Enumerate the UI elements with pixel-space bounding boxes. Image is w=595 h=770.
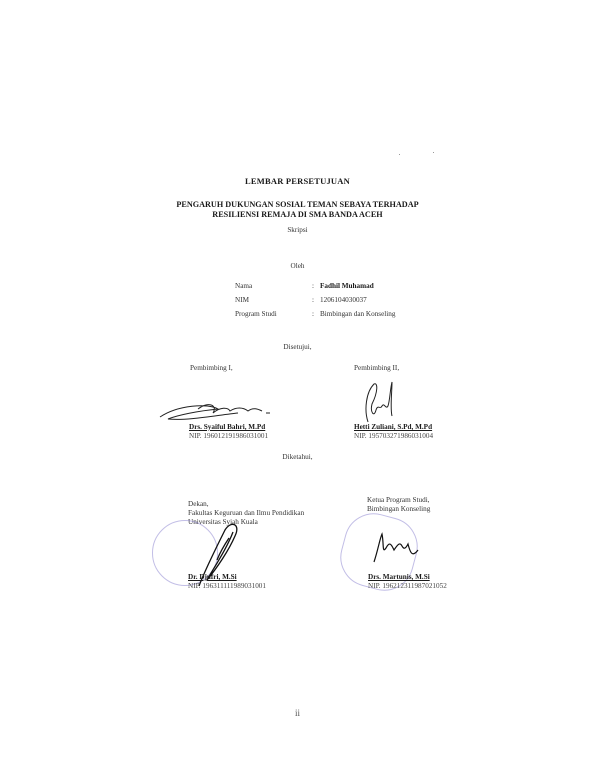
thesis-title: PENGARUH DUKUNGAN SOSIAL TEMAN SEBAYA TE…	[0, 200, 595, 220]
supervisor-2-nip: NIP. 195703271986031004	[354, 432, 433, 440]
official-2-nip: NIP. 196212311987021052	[368, 582, 447, 590]
by-label: Oleh	[0, 262, 595, 270]
official-1-nip: NIP. 196311111989031001	[188, 582, 266, 590]
field-value: Bimbingan dan Konseling	[320, 310, 395, 318]
role-line: Fakultas Keguruan dan Ilmu Pendidikan	[188, 509, 304, 518]
field-value: Fadhil Muhamad	[320, 282, 374, 290]
acknowledged-label: Diketahui,	[0, 453, 595, 461]
field-label: NIM	[235, 296, 315, 304]
page-number: ii	[0, 708, 595, 718]
field-label: Program Studi	[235, 310, 315, 318]
field-label: Nama	[235, 282, 315, 290]
scan-speck	[399, 154, 400, 155]
official-2-name: Drs. Martunis, M.Si	[368, 573, 430, 581]
official-1-name: Dr. Djufri, M.Si	[188, 573, 237, 581]
supervisor-2-role: Pembimbing II,	[354, 364, 399, 373]
thesis-title-line-2: RESILIENSI REMAJA DI SMA BANDA ACEH	[0, 210, 595, 220]
signature-icon	[158, 395, 288, 425]
signature-icon	[360, 380, 400, 425]
field-separator: :	[312, 310, 314, 318]
supervisor-1-role: Pembimbing I,	[190, 364, 233, 373]
scan-speck	[433, 152, 434, 153]
document-type: Skripsi	[0, 226, 595, 234]
field-value: 1206104030037	[320, 296, 367, 304]
approved-label: Disetujui,	[0, 343, 595, 351]
role-line: Dekan,	[188, 500, 304, 509]
page-heading: LEMBAR PERSETUJUAN	[0, 176, 595, 186]
supervisor-1-name: Drs. Syaiful Bahri, M.Pd	[189, 423, 265, 431]
official-2-role: Ketua Program Studi, Bimbingan Konseling	[367, 496, 430, 514]
signature-icon	[372, 530, 422, 565]
field-separator: :	[312, 296, 314, 304]
supervisor-1-nip: NIP. 196012191986031001	[189, 432, 268, 440]
thesis-title-line-1: PENGARUH DUKUNGAN SOSIAL TEMAN SEBAYA TE…	[0, 200, 595, 210]
supervisor-2-name: Hetti Zuliani, S.Pd, M.Pd	[354, 423, 432, 431]
role-line: Ketua Program Studi,	[367, 496, 430, 505]
field-separator: :	[312, 282, 314, 290]
